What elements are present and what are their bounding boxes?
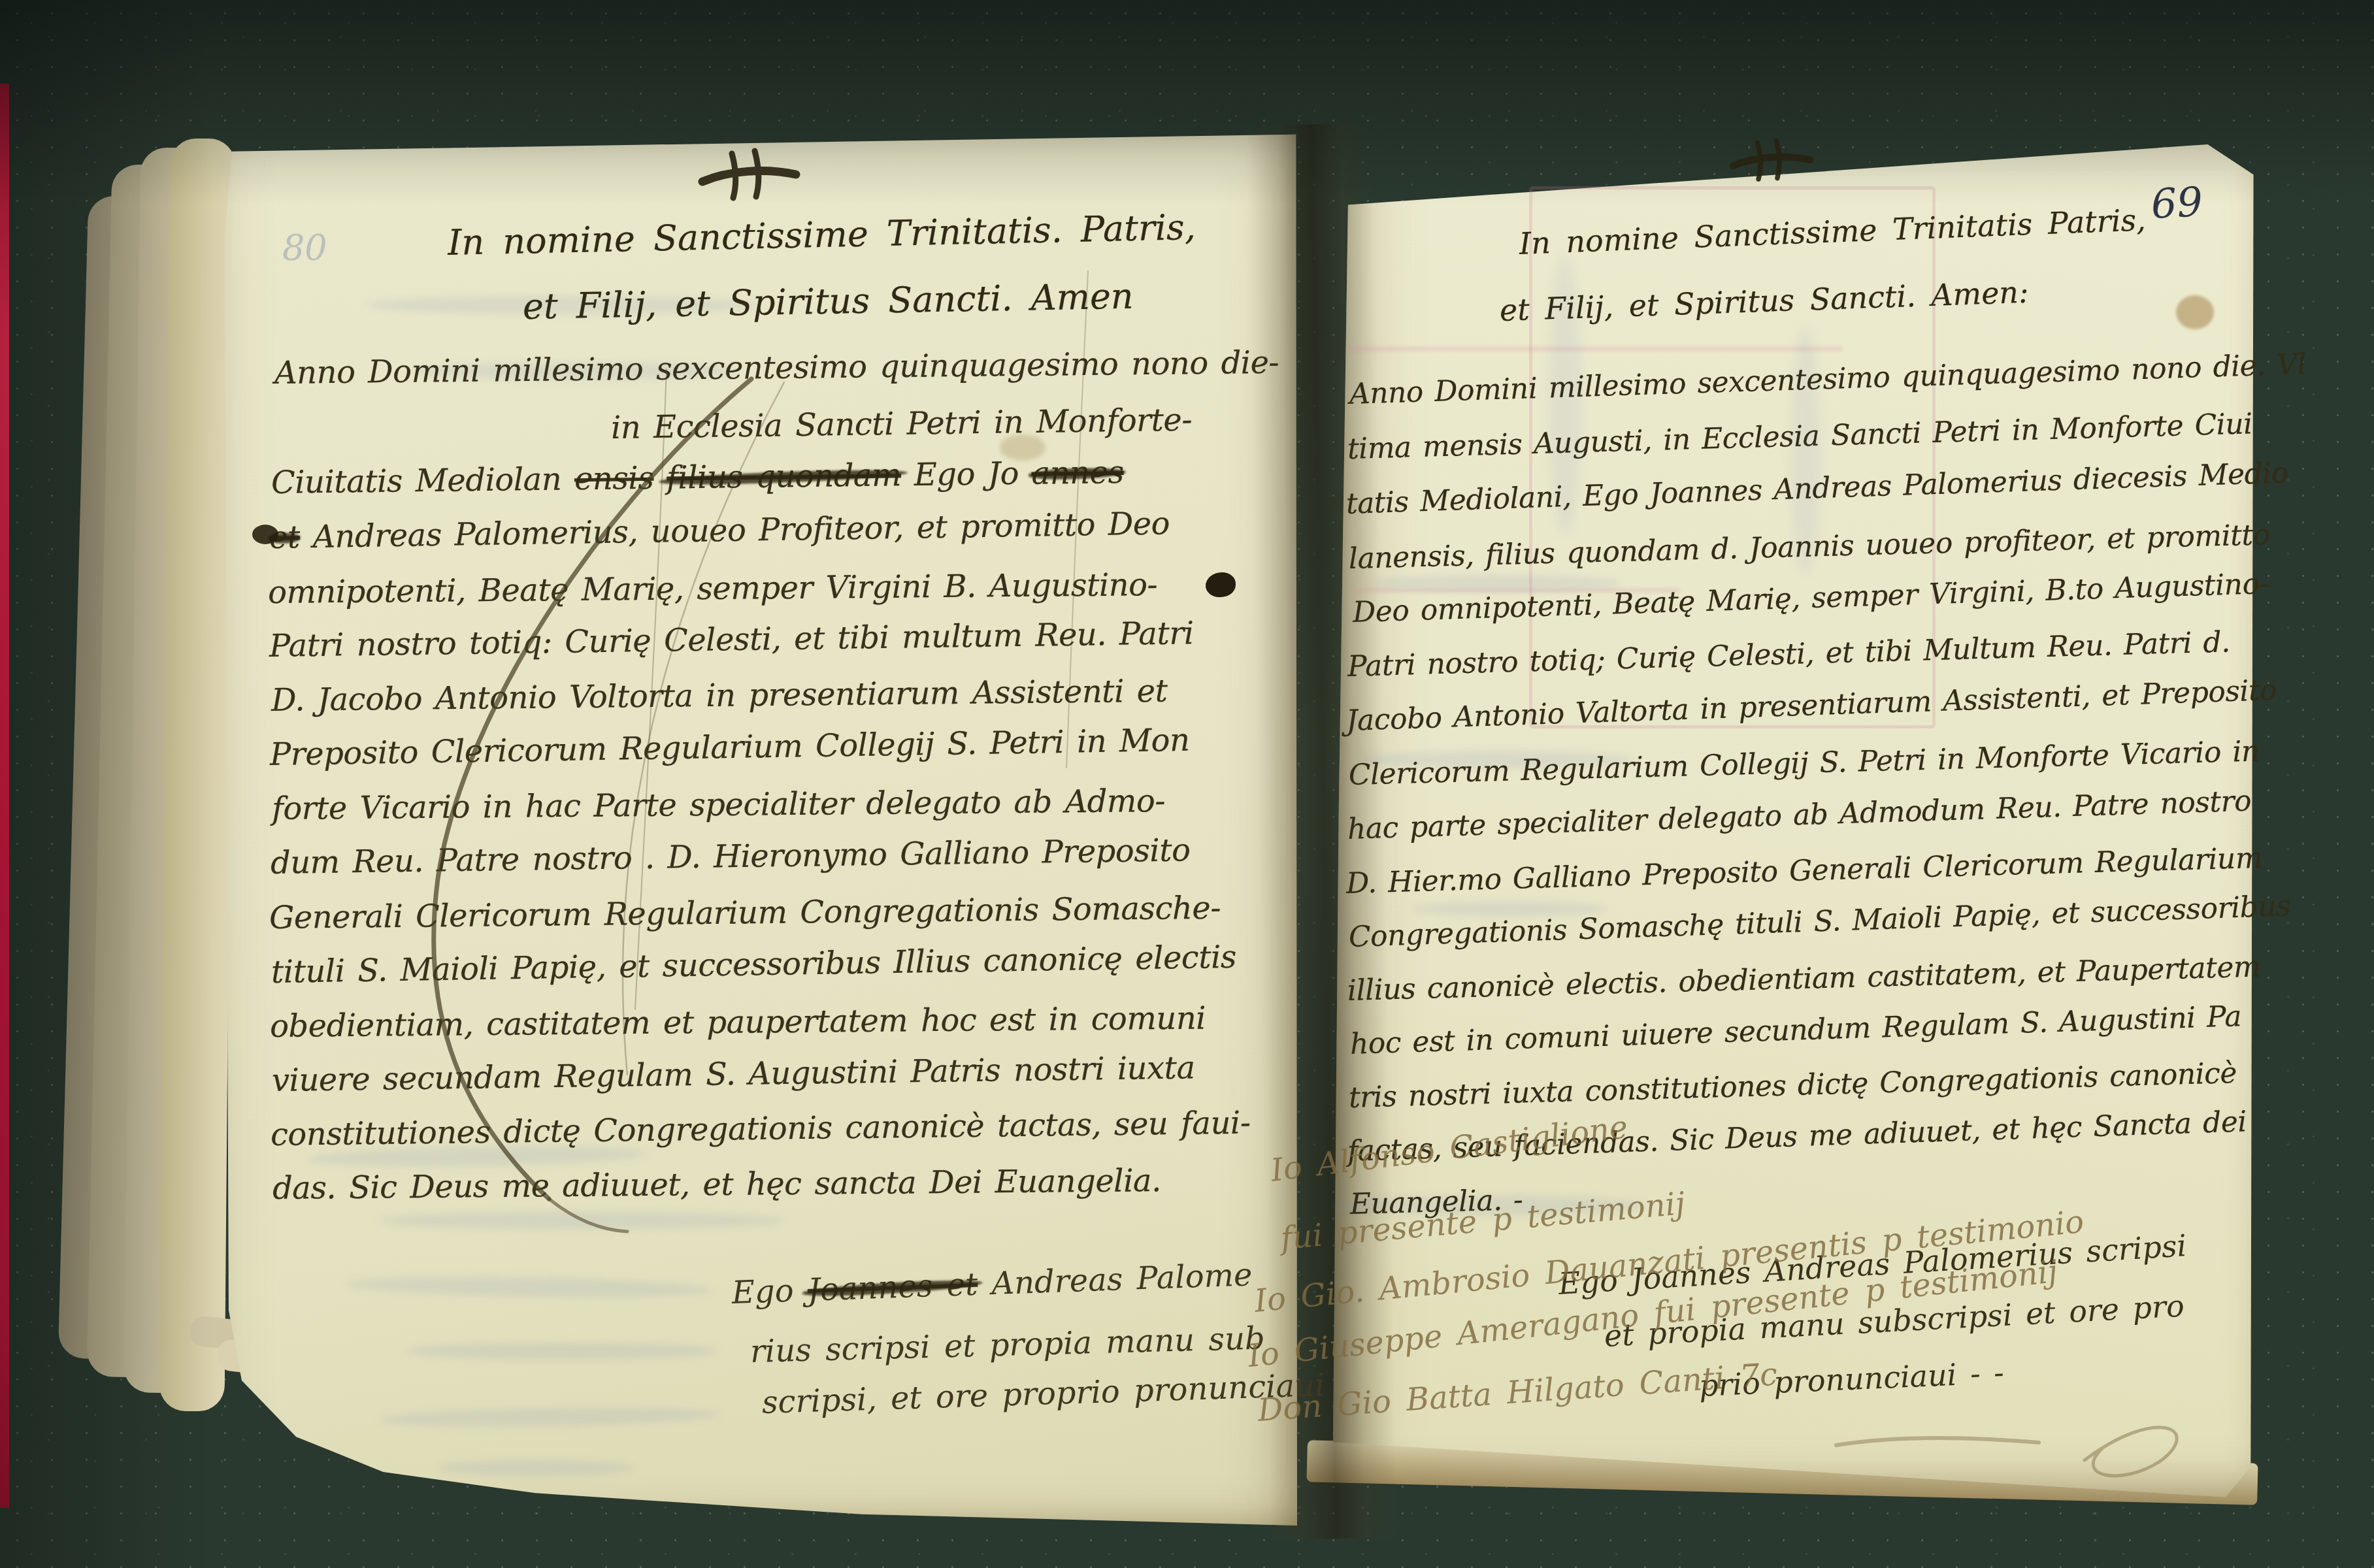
scribbled-text: annes [1031, 454, 1124, 492]
left-body-line: Ciuitatis Mediolan ensis filius quondam … [271, 457, 1124, 498]
manuscript-text: Ego Jo [914, 455, 1019, 493]
left-body-line: viuere secundam Regulam S. Augustini Pat… [272, 1052, 1195, 1096]
folio-number: 69 [2150, 182, 2203, 225]
left-body-line: das. Sic Deus me adiuuet, et hęc sancta … [272, 1165, 1161, 1204]
ink-blot [1206, 572, 1236, 597]
left-body-line: D. Jacobo Antonio Voltorta in presentiar… [271, 676, 1168, 716]
ink-blot [252, 525, 278, 544]
left-body-line: Preposito Clericorum Regularium Collegij… [270, 725, 1190, 770]
manuscript-scan: 80 In nomine Sanctissime Trinitatis. Pat… [0, 0, 2374, 1568]
left-body-line: dum Reu. Patre nostro . D. Hieronymo Gal… [271, 834, 1191, 879]
right-body-line: Congregationis Somaschę tituli S. Maioli… [1348, 892, 2291, 952]
scribbled-text: Joannes et [807, 1266, 978, 1309]
left-heading-line: In nomine Sanctissime Trinitatis. Patris… [447, 210, 1196, 261]
right-body-line: Clericorum Regularium Collegij S. Petri … [1348, 738, 2260, 790]
manuscript-text: Ego [731, 1272, 808, 1311]
right-page-content: 69 In nomine Sanctissime Trinitatis Patr… [1333, 131, 2267, 1496]
cross-mark [693, 146, 804, 204]
cross-mark [1725, 136, 1817, 185]
left-body-line: Generali Clericorum Regularium Congregat… [269, 892, 1221, 934]
faint-folio-numeral: 80 [282, 231, 327, 266]
left-page-content: 80 In nomine Sanctissime Trinitatis. Pat… [209, 127, 1297, 1532]
manuscript-text: Andreas Palomerius, uoueo Profiteor, et … [312, 505, 1170, 555]
left-body-line: forte Vicario in hac Parte specialiter d… [272, 785, 1165, 825]
struck-text: ensis [574, 460, 654, 497]
left-body-line: Anno Domini millesimo sexcentesimo quinq… [274, 347, 1279, 389]
ink-bleedthrough [438, 1460, 634, 1476]
manuscript-text: Ciuitatis Mediolan [271, 461, 562, 501]
left-body-line: omnipotenti, Beatę Marię, semper Virgini… [268, 569, 1158, 608]
left-signature-line: Ego Joannes et Andreas Palome [731, 1259, 1253, 1309]
paper-stain [2176, 295, 2214, 329]
right-body-line: hoc est in comuni uiuere secundum Regula… [1349, 1002, 2241, 1059]
pen-flourish [209, 127, 1297, 1532]
right-body-line: hac parte specialiter delegato ab Admodu… [1347, 787, 2251, 844]
left-heading-line: et Filij, et Spiritus Sancti. Amen [523, 279, 1134, 325]
left-signature-line: scripsi, et ore proprio pronunciaui [761, 1369, 1325, 1418]
right-body-line: tris nostri iuxta constitutiones dictę C… [1348, 1059, 2237, 1113]
right-body-line: D. Hier.mo Galliano Preposito Generali C… [1345, 844, 2262, 898]
ink-bleedthrough [346, 1274, 712, 1300]
left-body-line: tituli S. Maioli Papię, et successoribus… [271, 941, 1237, 988]
left-signature-line: rius scripsi et propia manu sub [750, 1322, 1265, 1367]
witness-signature: Don Gio Batta Hilgato Canti 7c [1257, 1358, 1778, 1426]
ink-bleedthrough [379, 1405, 719, 1429]
scribbled-text: filius quondam [667, 457, 902, 496]
red-edge-strip [0, 84, 9, 1508]
left-body-line: obedientiam, castitatem et paupertatem h… [270, 1003, 1206, 1042]
ink-bleedthrough [379, 1212, 784, 1229]
left-body-line: in Ecclesia Sancti Petri in Monforte- [611, 404, 1193, 444]
right-body-line: illius canonicè electis. obedientiam cas… [1347, 953, 2260, 1005]
left-body-line: et Andreas Palomerius, uoueo Profiteor, … [269, 508, 1170, 553]
stamp-bleedthrough [1346, 346, 1843, 351]
ink-bleedthrough [405, 1343, 719, 1360]
left-body-line: constitutiones dictę Congregationis cano… [271, 1107, 1251, 1151]
manuscript-text: Andreas Palome [991, 1256, 1253, 1302]
left-body-line: Patri nostro totiq: Curię Celesti, et ti… [269, 617, 1194, 662]
